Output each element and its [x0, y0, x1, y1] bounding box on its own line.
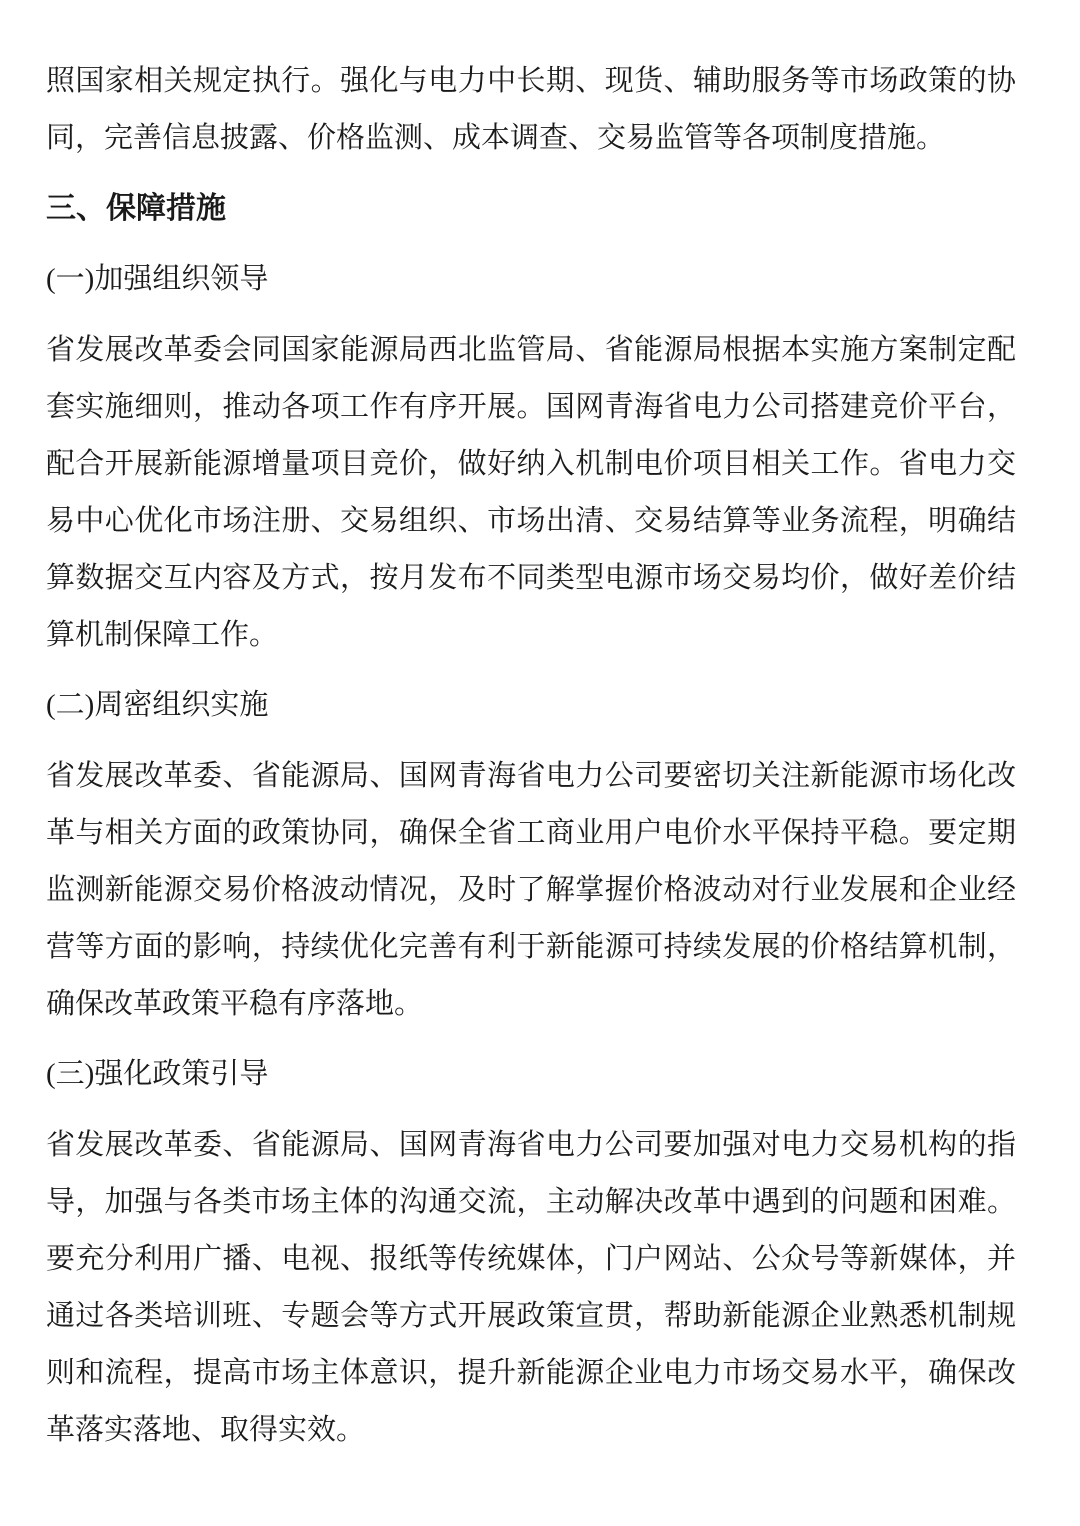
document-page: 照国家相关规定执行。强化与电力中长期、现货、辅助服务等市场政策的协同，完善信息披…	[0, 0, 1080, 1526]
body-paragraph-continuation: 照国家相关规定执行。强化与电力中长期、现货、辅助服务等市场政策的协同，完善信息披…	[46, 53, 1016, 167]
subsection-heading-3-strengthen-policy-guidance: (三)强化政策引导	[46, 1046, 1016, 1103]
body-paragraph-organizational-leadership: 省发展改革委会同国家能源局西北监管局、省能源局根据本实施方案制定配套实施细则，推…	[46, 322, 1016, 664]
subsection-heading-2-careful-implementation: (二)周密组织实施	[46, 677, 1016, 734]
body-paragraph-careful-implementation: 省发展改革委、省能源局、国网青海省电力公司要密切关注新能源市场化改革与相关方面的…	[46, 748, 1016, 1033]
section-heading-safeguard-measures: 三、保障措施	[46, 180, 1016, 237]
subsection-heading-1-strengthen-organizational-leadership: (一)加强组织领导	[46, 251, 1016, 308]
body-paragraph-policy-guidance: 省发展改革委、省能源局、国网青海省电力公司要加强对电力交易机构的指导，加强与各类…	[46, 1117, 1016, 1459]
